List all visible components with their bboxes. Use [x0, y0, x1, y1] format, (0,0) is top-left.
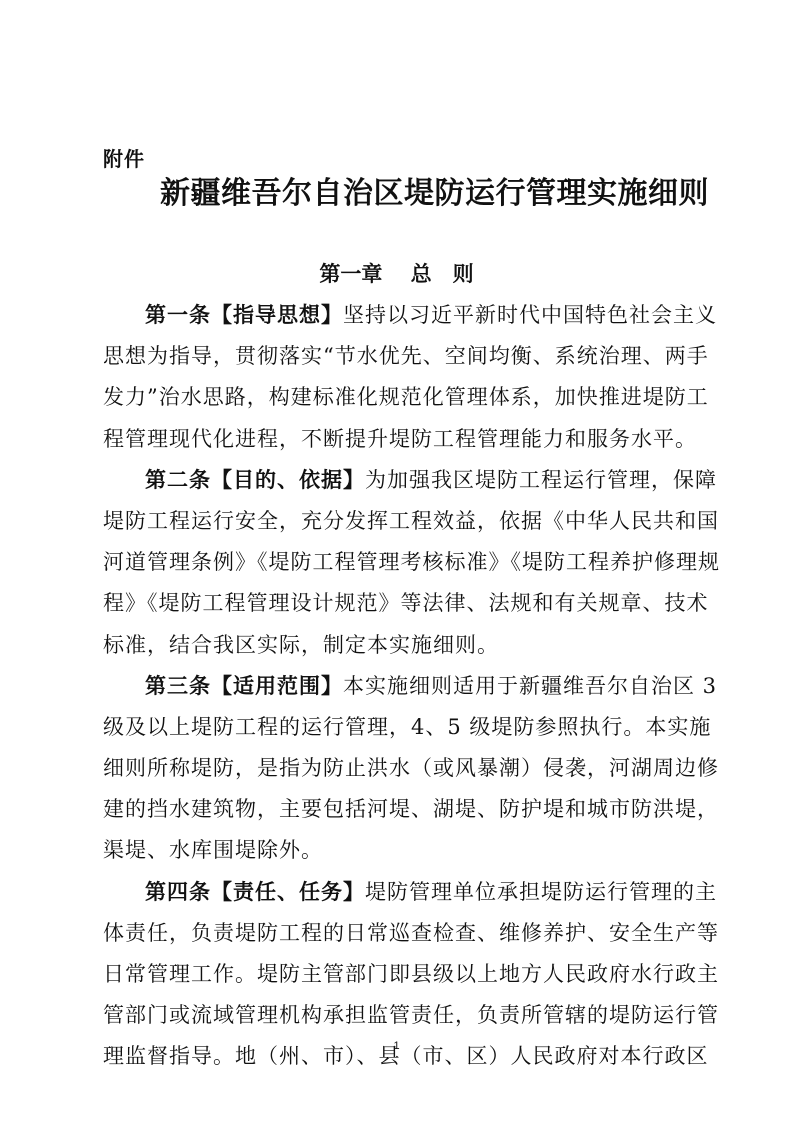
article-3-line-1: 第三条【适用范围】本实施细则适用于新疆维吾尔自治区 3 — [103, 666, 693, 707]
article-1-heading: 【指导思想】 — [211, 303, 343, 327]
article-2-line-5: 标准，结合我区实际，制定本实施细则。 — [103, 625, 693, 666]
article-2-line-4: 程》《堤防工程管理设计规范》等法律、法规和有关规章、技术 — [103, 583, 693, 624]
article-4-line-2: 体责任，负责堤防工程的日常巡查检查、维修养护、安全生产等 — [103, 913, 693, 954]
article-1-number: 第一条 — [145, 303, 211, 327]
article-2-line-3: 河道管理条例》《堤防工程管理考核标准》《堤防工程养护修理规 — [103, 542, 693, 583]
article-2-line-2: 堤防工程运行安全，充分发挥工程效益，依据《中华人民共和国 — [103, 501, 693, 542]
article-4-number: 第四条 — [145, 880, 211, 904]
article-3-line-3: 细则所称堤防，是指为防止洪水（或风暴潮）侵袭，河湖周边修 — [103, 748, 693, 789]
article-2-text: 为加强我区堤防工程运行管理，保障 — [365, 468, 717, 492]
article-1-line-3: 发力”治水思路，构建标准化规范化管理体系，加快推进堤防工 — [103, 377, 693, 418]
article-3-number: 第三条 — [145, 674, 211, 698]
article-4-heading: 【责任、任务】 — [211, 880, 365, 904]
article-1-line-2: 思想为指导，贯彻落实“节水优先、空间均衡、系统治理、两手 — [103, 336, 693, 377]
attachment-label: 附件 — [103, 146, 145, 172]
article-1-line-1: 第一条【指导思想】坚持以习近平新时代中国特色社会主义 — [103, 295, 693, 336]
article-1-line-4: 程管理现代化进程，不断提升堤防工程管理能力和服务水平。 — [103, 419, 693, 460]
article-4-text: 堤防管理单位承担堤防运行管理的主 — [365, 880, 717, 904]
document-page: 附件 新疆维吾尔自治区堤防运行管理实施细则 第一章 总 则 第一条【指导思想】坚… — [0, 0, 793, 1122]
article-2-heading: 【目的、依据】 — [211, 468, 365, 492]
article-3-heading: 【适用范围】 — [211, 674, 343, 698]
article-4-line-4: 管部门或流域管理机构承担监管责任，负责所管辖的堤防运行管 — [103, 995, 693, 1036]
document-title: 新疆维吾尔自治区堤防运行管理实施细则 — [160, 172, 700, 216]
page-number: 1 — [0, 1039, 793, 1053]
article-3-line-5: 渠堤、水库围堤除外。 — [103, 830, 693, 871]
article-4-line-1: 第四条【责任、任务】堤防管理单位承担堤防运行管理的主 — [103, 872, 693, 913]
document-body: 第一条【指导思想】坚持以习近平新时代中国特色社会主义 思想为指导，贯彻落实“节水… — [103, 295, 693, 1078]
article-2-number: 第二条 — [145, 468, 211, 492]
article-3-line-2: 级及以上堤防工程的运行管理，4、5 级堤防参照执行。本实施 — [103, 707, 693, 748]
article-2-line-1: 第二条【目的、依据】为加强我区堤防工程运行管理，保障 — [103, 460, 693, 501]
article-3-line-4: 建的挡水建筑物，主要包括河堤、湖堤、防护堤和城市防洪堤， — [103, 789, 693, 830]
article-4-line-3: 日常管理工作。堤防主管部门即县级以上地方人民政府水行政主 — [103, 954, 693, 995]
article-3-text: 本实施细则适用于新疆维吾尔自治区 3 — [343, 674, 717, 698]
article-1-text: 坚持以习近平新时代中国特色社会主义 — [343, 303, 717, 327]
chapter-heading: 第一章 总 则 — [0, 259, 793, 289]
